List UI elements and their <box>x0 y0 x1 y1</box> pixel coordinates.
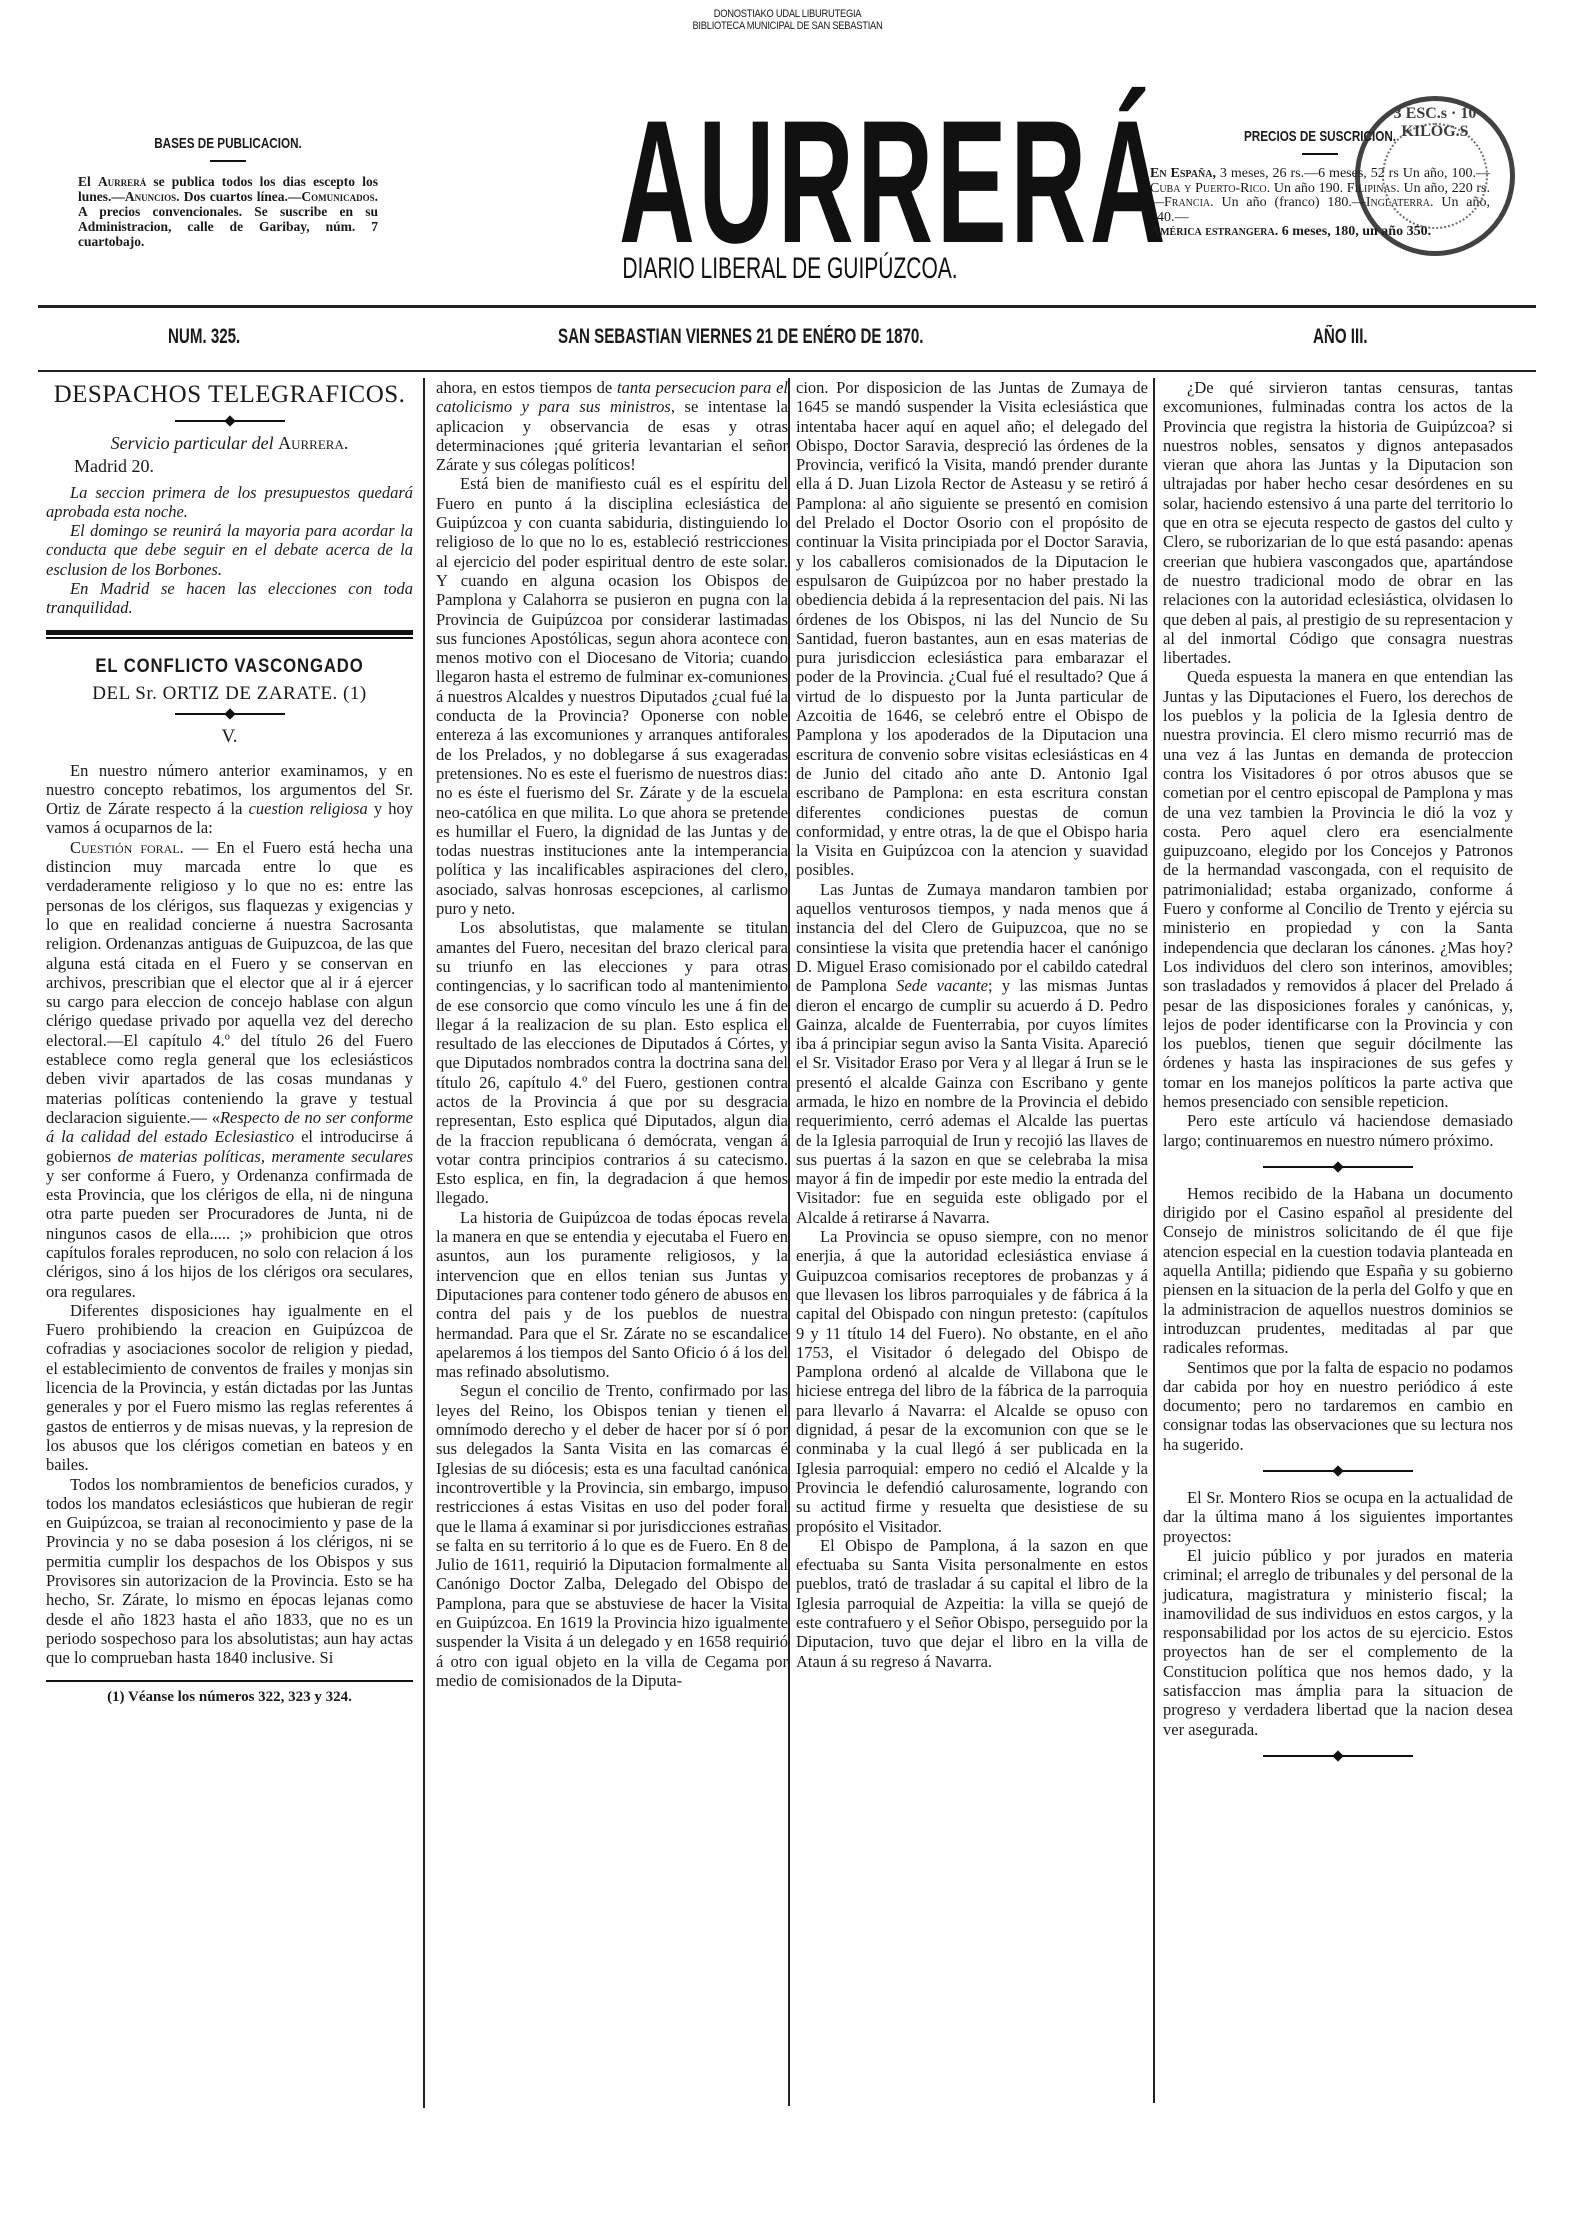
news-paragraph: El Sr. Montero Rios se ocupa en la actua… <box>1163 1488 1513 1546</box>
article-paragraph: Las Juntas de Zumaya mandaron tambien po… <box>796 880 1148 1227</box>
header-rule <box>38 305 1536 308</box>
telegram-dateline: Madrid 20. <box>74 457 413 476</box>
article-paragraph: La historia de Guipúzcoa de todas épocas… <box>436 1208 788 1382</box>
footnote-rule <box>46 1680 413 1682</box>
article-paragraph: Todos los nombramientos de beneficios cu… <box>46 1475 413 1668</box>
column-separator <box>423 378 425 2108</box>
article-paragraph: En nuestro número anterior examinamos, y… <box>46 761 413 838</box>
column-2: ahora, en estos tiempos de tanta persecu… <box>436 378 788 1690</box>
footnote: (1) Véanse los números 322, 323 y 324. <box>46 1688 413 1707</box>
postal-stamp-icon: 3 ESC.s · 10 KILOG.S <box>1355 96 1515 256</box>
telegram-item: La seccion primera de los presupuestos q… <box>46 483 413 522</box>
article-paragraph: cion. Por disposicion de las Juntas de Z… <box>796 378 1148 880</box>
newspaper-title: AURRERÁ <box>619 108 961 258</box>
divider <box>210 160 246 162</box>
news-paragraph: Hemos recibido de la Habana un documento… <box>1163 1184 1513 1358</box>
telegram-item: En Madrid se hacen las elecciones con to… <box>46 579 413 618</box>
library-name-spanish: BIBLIOTECA MUNICIPAL DE SAN SEBASTIAN <box>118 20 1457 32</box>
library-name-basque: DONOSTIAKO UDAL LIBURUTEGIA <box>118 8 1457 20</box>
service-line: Servicio particular del Aurrera. <box>46 434 413 453</box>
article-subtitle: DEL Sr. ORTIZ DE ZARATE. (1) <box>46 684 413 703</box>
publication-terms-title: BASES DE PUBLICACION. <box>111 135 345 152</box>
column-separator <box>1153 378 1155 2103</box>
article-paragraph: ¿De qué sirvieron tantas censuras, tanta… <box>1163 378 1513 667</box>
article-paragraph: Queda espuesta la manera en que entendia… <box>1163 667 1513 1111</box>
dateline-rule <box>38 370 1536 372</box>
library-header: DONOSTIAKO UDAL LIBURUTEGIA BIBLIOTECA M… <box>118 8 1457 32</box>
article-title: EL CONFLICTO VASCONGADO <box>68 657 391 676</box>
column-1: DESPACHOS TELEGRAFICOS. Servicio particu… <box>46 378 413 1707</box>
section-rule <box>46 637 413 639</box>
article-paragraph: La Provincia se opuso siempre, con no me… <box>796 1227 1148 1536</box>
article-paragraph: Los absolutistas, que malamente se titul… <box>436 918 788 1207</box>
stamp-text: 3 ESC.s · 10 KILOG.S <box>1360 105 1510 141</box>
ornament-divider <box>1263 1755 1413 1757</box>
ornament-divider <box>1263 1470 1413 1472</box>
issue-year: AÑO III. <box>1313 325 1368 349</box>
issue-date: SAN SEBASTIAN VIERNES 21 DE ENÉRO DE 187… <box>558 325 924 349</box>
article-paragraph: Segun el concilio de Trento, confirmado … <box>436 1381 788 1690</box>
article-paragraph: El Obispo de Pamplona, á la sazon en que… <box>796 1536 1148 1671</box>
newspaper-subtitle: DIARIO LIBERAL DE GUIPÚZCOA. <box>591 253 990 285</box>
section-rule <box>46 630 413 635</box>
publication-terms-box: BASES DE PUBLICACION. El Aurrerá se publ… <box>78 135 378 249</box>
article-part-number: V. <box>46 727 413 746</box>
news-paragraph: El juicio público y por jurados en mater… <box>1163 1546 1513 1739</box>
issue-number: NUM. 325. <box>168 325 240 349</box>
article-paragraph: Está bien de manifiesto cuál es el espír… <box>436 474 788 918</box>
publication-terms-text: El Aurrerá se publica todos los dias esc… <box>78 174 378 249</box>
ornament-divider <box>175 713 285 715</box>
article-paragraph: Cuestión foral. — En el Fuero está hecha… <box>46 838 413 1301</box>
news-paragraph: Sentimos que por la falta de espacio no … <box>1163 1358 1513 1454</box>
divider <box>1302 153 1338 155</box>
column-3: cion. Por disposicion de las Juntas de Z… <box>796 378 1148 1671</box>
ornament-divider <box>175 420 285 422</box>
column-separator <box>788 378 790 2106</box>
article-paragraph: Pero este artículo vá haciendose demasia… <box>1163 1111 1513 1150</box>
section-title-telegrams: DESPACHOS TELEGRAFICOS. <box>46 380 413 410</box>
article-paragraph: Diferentes disposiciones hay igualmente … <box>46 1301 413 1475</box>
telegram-item: El domingo se reunirá la mayoria para ac… <box>46 521 413 579</box>
column-4: ¿De qué sirvieron tantas censuras, tanta… <box>1163 378 1513 1773</box>
article-paragraph: ahora, en estos tiempos de tanta persecu… <box>436 378 788 474</box>
ornament-divider <box>1263 1166 1413 1168</box>
dateline: NUM. 325. SAN SEBASTIAN VIERNES 21 DE EN… <box>38 325 1536 355</box>
